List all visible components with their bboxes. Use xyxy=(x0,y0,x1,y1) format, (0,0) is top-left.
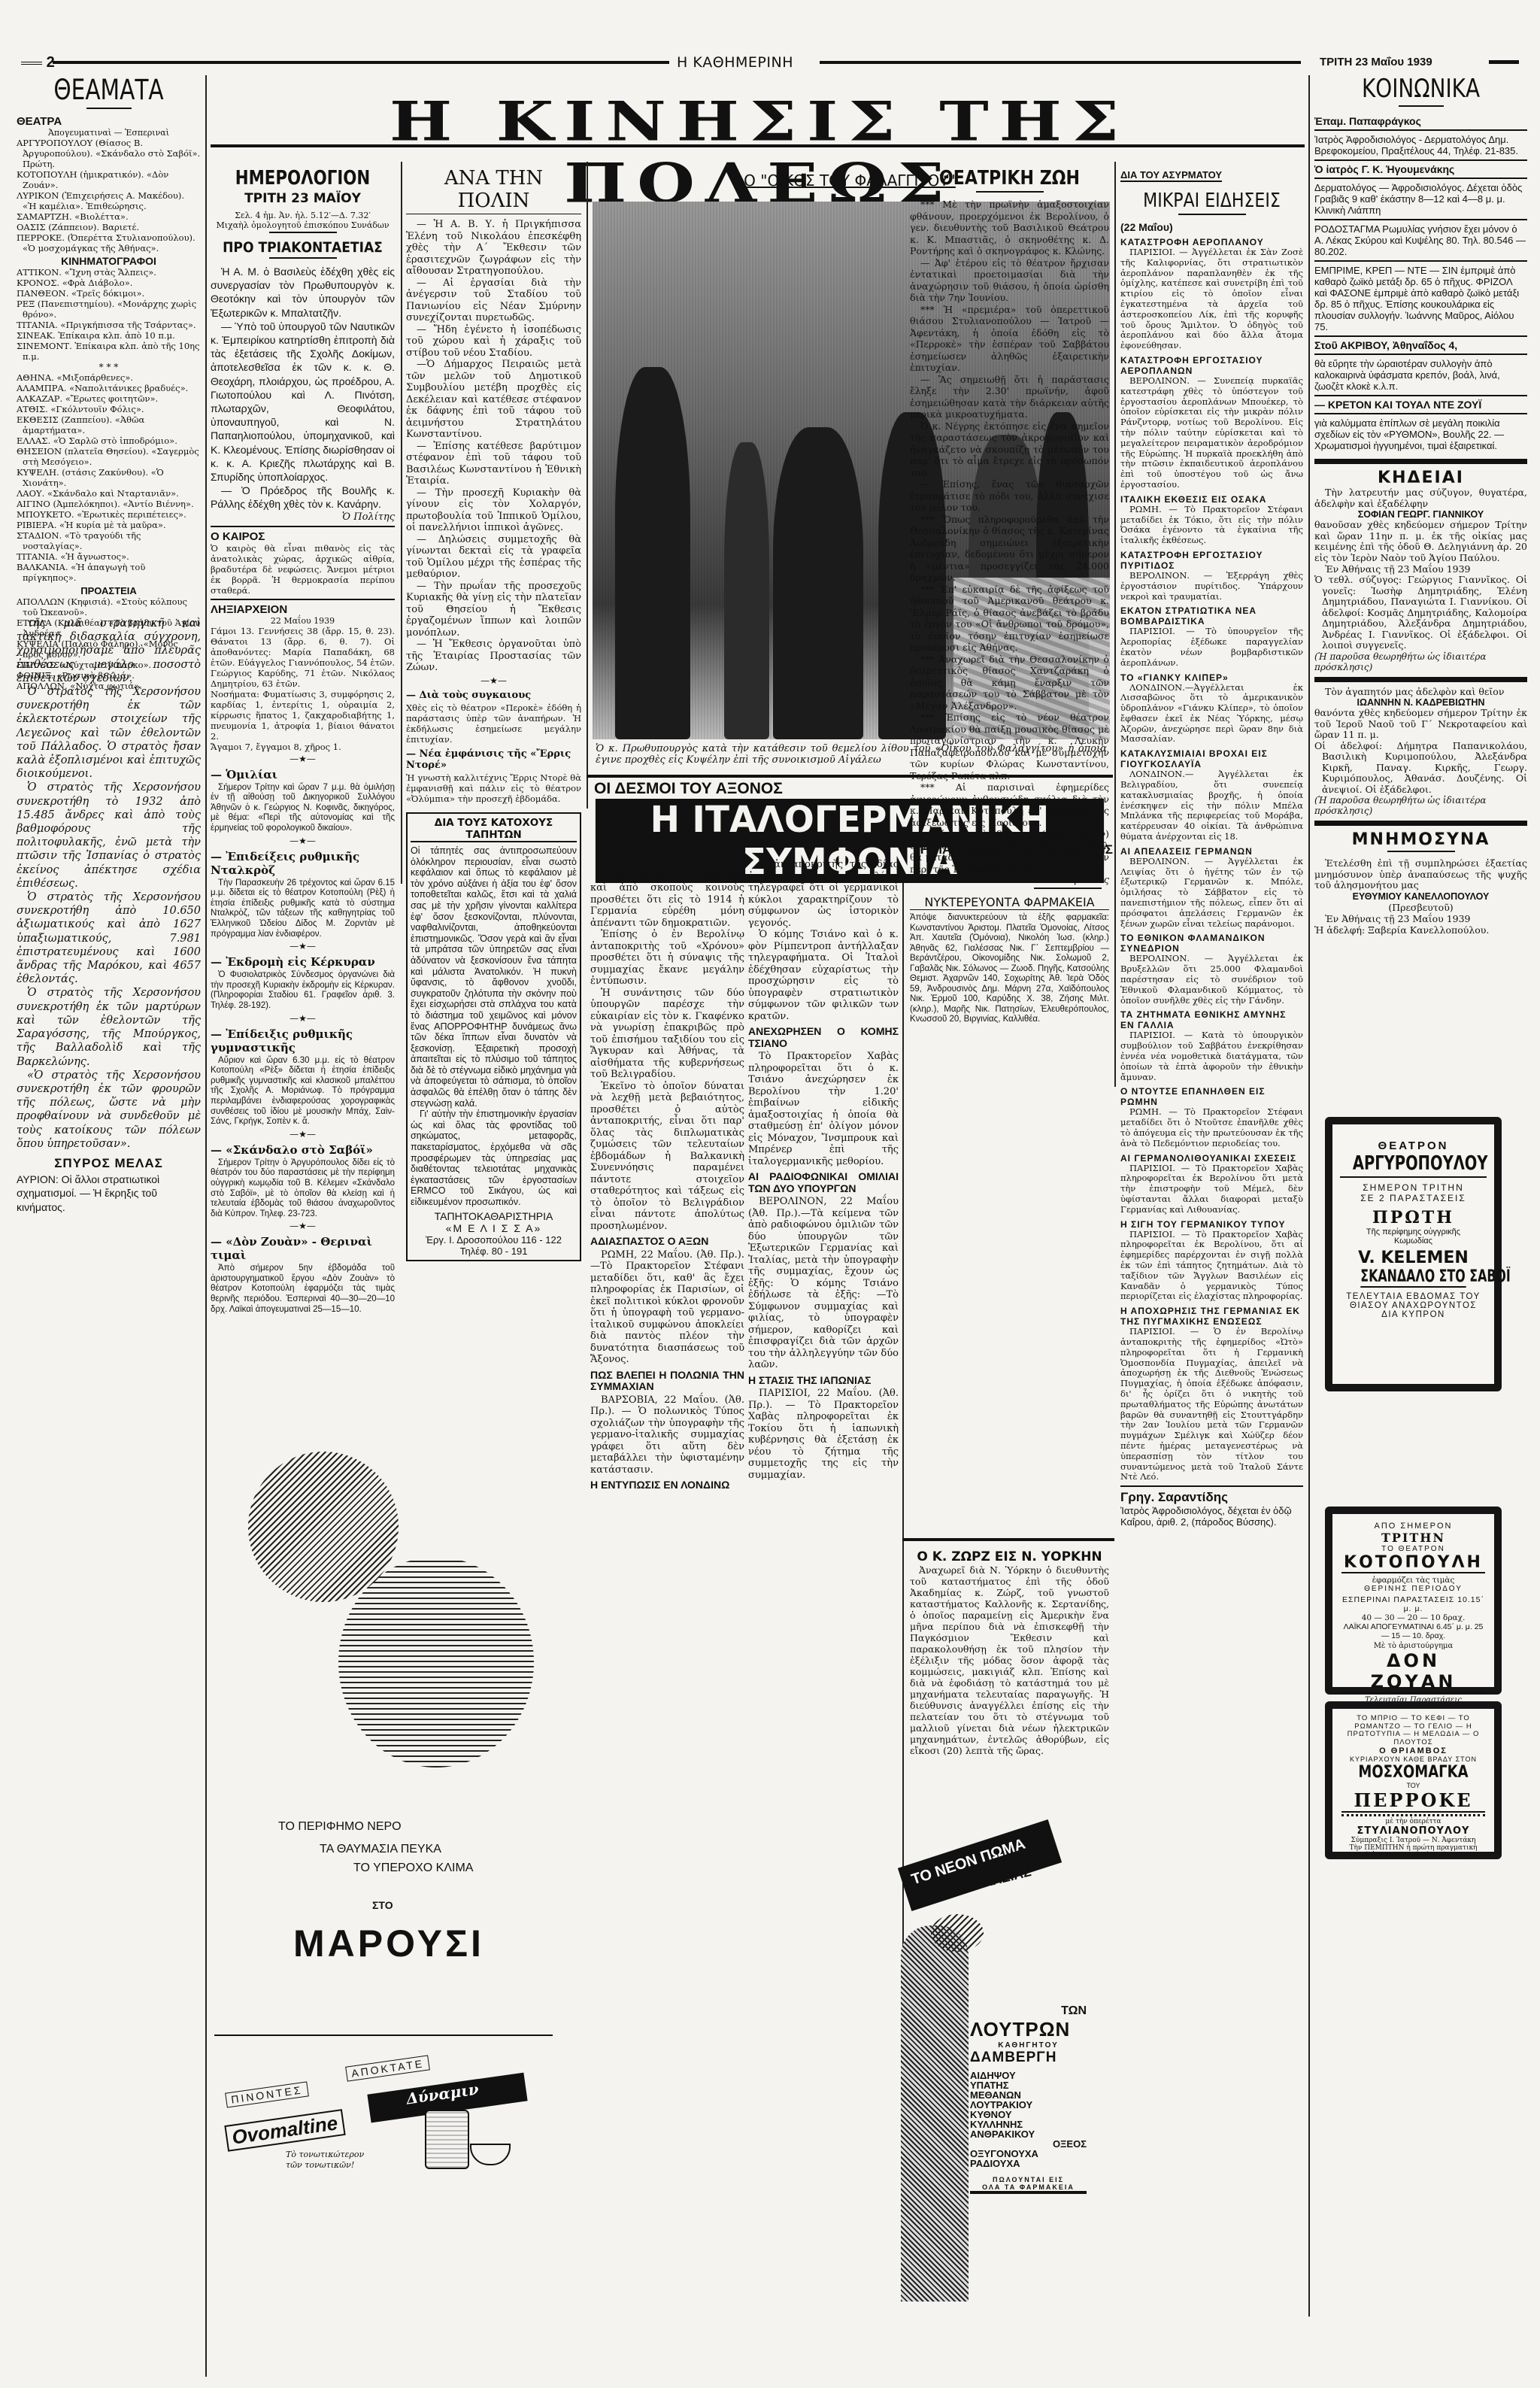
social-title: ΚΟΙΝΩΝΙΚΑ xyxy=(1333,74,1508,104)
classified-text: θὰ εὕρητε τὴν ὡραιοτέραν συλλογὴν ἀπὸ κα… xyxy=(1314,355,1527,396)
article-paragraph: *** Μὲ τὴν πρωϊνὴν ἁμαξοστοιχίαν φθάνουν… xyxy=(910,199,1109,257)
classified-name: Ὁ ἰατρὸς Γ. Κ. Ἡγουμενάκης xyxy=(1314,161,1527,179)
classified-name: — ΚΡΕΤΟΝ ΚΑΙ ΤΟΥΑΛ ΝΤΕ ΖΟΥΪ xyxy=(1314,396,1527,414)
deceased-name: ΙΩΑΝΝΗΝ Ν. ΚΑΔΡΕΒΙΩΤΗΝ xyxy=(1314,697,1527,708)
short-news-column: ΔΙΑ ΤΟΥ ΑΣΥΡΜΑΤΟΥ ΜΙΚΡΑΙ ΕΙΔΗΣΕΙΣ (22 Μα… xyxy=(1120,167,1303,1528)
theatres-list: ΑΡΓΥΡΟΠΟΥΛΟΥ (Θίασος Β. Ἀργυροπούλου). «… xyxy=(17,138,201,253)
news-item-headline: ΚΑΤΑΣΤΡΟΦΗ ΕΡΓΟΣΤΑΣΙΟΥ ΑΕΡΟΠΛΑΝΩΝ xyxy=(1120,355,1303,376)
classified-text: Δερματολόγος — Ἀφροδισιολόγος. Δέχεται ὁ… xyxy=(1314,179,1527,220)
social-column: ΚΟΙΝΩΝΙΚΑ Ἐπαμ. ΠαπαφράγκοςἸατρὸς Ἀφροδι… xyxy=(1314,74,1527,936)
funeral-text: θανοῦσαν χθὲς κηδεύομεν σήμερον Τρίτην κ… xyxy=(1314,520,1527,563)
calendar-headline: ΠΡΟ ΤΡΙΑΚΟΝΤΑΕΤΙΑΣ xyxy=(220,239,386,256)
listing-item: ΑΤΘΙΣ. «Γκόλντουϊν Φόλις». xyxy=(17,404,201,414)
left-article: τῆς μιᾶ στρατηγικῆ καὶ τακτικῆ διδασκαλί… xyxy=(17,617,201,1214)
article-paragraph: Ἐπίσης ὁ ἐν Βερολίνῳ ἀνταποκριτὴς τοῦ «Χ… xyxy=(590,929,744,988)
news-item-text: ΠΑΡΙΣΙΟΙ. — Κατὰ τὸ ὑπουργικὸν συμβούλιο… xyxy=(1120,1030,1303,1082)
ana-polin-title: ΑΝΑ ΤΗΝ ΠΟΛΙΝ xyxy=(406,167,581,214)
article-paragraph: *** Ἐπ' εὐκαιρίᾳ δὲ τῆς ἀφίξεως τοῦ ἠθοπ… xyxy=(910,584,1109,654)
event-text: Ἀπὸ σήμερον 5ην ἑβδομάδα τοῦ ἀριστουργημ… xyxy=(211,1264,395,1315)
news-item-text: ΒΕΡΟΛΙΝΟΝ. — Ἀγγέλλεται ἐκ Βρυξελλῶν ὅτι… xyxy=(1120,954,1303,1006)
listing-item: ΑΛΚΑΖΑΡ. «Ἔρωτες φοιτητῶν». xyxy=(17,393,201,404)
listing-item: ΣΙΝΕΜΟΝΤ. Ἐπίκαιρα κλπ. ἀπὸ τῆς 10ης π.μ… xyxy=(17,341,201,362)
article-paragraph: *** Ἐπίσης εἰς τὸ νέον θέατρον Λουτρακίο… xyxy=(910,712,1109,781)
listing-item: ΡΕΞ (Πανεπιστημίου). «Μονάρχης χωρὶς θρό… xyxy=(17,299,201,320)
listing-item: ΑΙΓΙΝΟ (Ἀμπελόκηποι). «Ἀντίο Βιέννη». xyxy=(17,499,201,509)
marousi-ad: ΤΟ ΠΕΡΙΦΗΜΟ ΝΕΡΟ ΤΑ ΘΑΥΜΑΣΙΑ ΠΕΥΚΑ ΤΟ ΥΠ… xyxy=(218,1391,549,2046)
new-york-article: Ο Κ. ΖΩΡΖ ΕΙΣ Ν. ΥΟΡΚΗΝ Ἀναχωρεῖ διὰ Ν. … xyxy=(910,1549,1109,1756)
listing-item: ΒΑΛΚΑΝΙΑ. «Ἡ ἀπαγωγὴ τοῦ πρίγκηπος». xyxy=(17,562,201,583)
cinemas-list: ΑΤΤΙΚΟΝ. «Ἴχνη στὰς Ἄλπεις».ΚΡΟΝΟΣ. «Φρὰ… xyxy=(17,267,201,362)
invitation-note: (Ἡ παροῦσα θεωρηθήτω ὡς ἰδιαιτέρα πρόσκλ… xyxy=(1314,651,1527,672)
news-item-headline: ΚΑΤΑΚΛΥΣΜΙΑΙΑΙ ΒΡΟΧΑΙ ΕΙΣ ΓΙΟΥΓΚΟΣΛΑΥΪΑ xyxy=(1120,748,1303,769)
news-item-headline: ΤΟ ΕΘΝΙΚΟΝ ΦΛΑΜΑΝΔΙΚΟΝ ΣΥΝΕΔΡΙΟΝ xyxy=(1120,933,1303,954)
news-item-headline: Ο ΝΤΟΥΤΣΕ ΕΠΑΝΗΛΘΕΝ ΕΙΣ ΡΩΜΗΝ xyxy=(1120,1086,1303,1107)
listing-item: ΛΑΟΥ. «Σκάνδαλο καὶ Νταρτανιᾶν». xyxy=(17,488,201,499)
news-item-text: ΠΑΡΙΣΙΟΙ. — Τὸ Πρακτορεῖον Χαβὰς πληροφο… xyxy=(1120,1230,1303,1303)
article-paragraph: Ἡ Α. Μ. ὁ Βασιλεὺς ἐδέχθη χθὲς εἰς συνερ… xyxy=(211,265,395,320)
news-item-text: ΒΕΡΟΛΙΝΟΝ. — Ἀγγέλλεται ἐκ Λειψίας ὅτι ὁ… xyxy=(1120,857,1303,930)
article-paragraph: — Αἱ ἐργασίαι διὰ τὴν ἀνέγερσιν τοῦ Σταδ… xyxy=(406,278,581,324)
event-title: — Ἐκδρομὴ εἰς Κέρκυραν xyxy=(211,955,395,969)
event-title: — Ὁμιλίαι xyxy=(211,768,395,781)
axis-kicker: ΟΙ ΔΕΣΜΟΙ ΤΟΥ ΑΞΟΝΟΣ xyxy=(594,780,895,798)
kotopouli-theatre-ad: ΑΠΟ ΣΗΜΕΡΟΝ ΤΡΙΤΗΝ ΤΟ ΘΕΑΤΡΟΝ ΚΟΤΟΠΟΥΛΗ … xyxy=(1325,1507,1502,1695)
event-title: — Ἐπίδειξις ρυθμικῆς γυμναστικῆς xyxy=(211,1027,395,1054)
listing-item: ΟΑΣΙΣ (Ζάππειον). Βαριετέ. xyxy=(17,222,201,232)
separator: —★— xyxy=(211,1129,395,1139)
pharmacy-title: ΝΥΚΤΕΡΕΥΟΝΤΑ ΦΑΡΜΑΚΕΙΑ xyxy=(910,895,1109,910)
theamata-column: ΘΕΑΜΑΤΑ ΘΕΑΤΡΑ Ἀπογευματιναὶ — Ἑσπεριναὶ… xyxy=(17,74,201,691)
funeral-intro: Τὴν λατρευτήν μας σύζυγον, θυγατέρα, ἀδε… xyxy=(1314,487,1527,509)
news-item-headline: ΑΙ ΑΠΕΛΑΣΕΙΣ ΓΕΡΜΑΝΩΝ xyxy=(1120,846,1303,857)
classified-name: Ἐπαμ. Παπαφράγκος xyxy=(1314,113,1527,131)
separator: —★— xyxy=(211,1013,395,1024)
article-paragraph: Ἡ ἄγνωστον τοῦ Σαβαγκῶ καὶ ἀπὸ σκοποὺς κ… xyxy=(590,871,744,930)
article-paragraph: — Ὁ Πρόεδρος τῆς Βουλῆς κ. Ράλλης ἐδέχθη… xyxy=(211,484,395,511)
listing-item: ΛΥΡΙΚΟΝ (Ἐπιχειρήσεις Α. Μακέδου). «Ἡ κα… xyxy=(17,190,201,211)
news-item-text: ΛΟΝΔΙΝΟΝ.— Ἀγγέλλεται ἐκ Βελιγραδίου, ὅτ… xyxy=(1120,769,1303,842)
article-paragraph: — Ὑπὸ τοῦ ὑπουργοῦ τῶν Ναυτικῶν κ. Ἐμπει… xyxy=(211,320,395,484)
divider xyxy=(1314,677,1527,682)
events-list: — ὉμιλίαιΣήμερον Τρίτην καὶ ὥραν 7 μ.μ. … xyxy=(211,768,395,1315)
event-title: — Ἐπιδείξεις ρυθμικῆς Νταλκρὸζ xyxy=(211,850,395,877)
article-paragraph: — Τὴν πρωΐαν τῆς προσεχοῦς Κυριακῆς θὰ γ… xyxy=(406,581,581,639)
listing-item: ΘΗΣΕΙΟΝ (πλατεῖα Θησείου). «Σαγερμὸς στὴ… xyxy=(17,446,201,467)
news-item-headline: ΤΟ «ΓΙΑΝΚΥ ΚΛΙΠΕΡ» xyxy=(1120,672,1303,683)
separator: —★— xyxy=(211,836,395,846)
separator: —★— xyxy=(211,1221,395,1231)
news-item-headline: ΚΑΤΑΣΤΡΟΦΗ ΑΕΡΟΠΛΑΝΟΥ xyxy=(1120,237,1303,247)
ovomaltine-ad: ΠΙΝΟΝΤΕΣ ΑΠΟΚΤΑΤΕ Δύναμιν Ovomaltine Τὸ … xyxy=(226,2046,541,2174)
theatres-heading: ΘΕΑΤΡΑ xyxy=(17,115,201,128)
argyropoulou-theatre-ad: ΘΕΑΤΡΟΝ ΑΡΓΥΡΟΠΟΥΛΟΥ ΣΗΜΕΡΟΝ ΤΡΙΤΗΝ ΣΕ 2… xyxy=(1325,1117,1502,1391)
next-article-teaser: ΑΥΡΙΟΝ: Οἱ ἄλλοι στρατιωτικοὶ σχηματισμο… xyxy=(17,1173,201,1214)
invitation-note: (Ἡ παροῦσα θεωρηθήτω ὡς ἰδιαιτέρα πρόσκλ… xyxy=(1314,795,1527,816)
article-paragraph: Ἡ συνάντησις τῶν δύο ὑπουργῶν παρέσχε τὴ… xyxy=(590,988,744,1081)
ovomaltine-wordmark: Ovomaltine xyxy=(224,2109,345,2152)
listing-item: ΤΙΤΑΝΙΑ. «Πριγκήπισσα τῆς Τσάρντας». xyxy=(17,320,201,330)
news-item-headline: Η ΑΠΟΧΩΡΗΣΙΣ ΤΗΣ ΓΕΡΜΑΝΙΑΣ ΕΚ ΤΗΣ ΠΥΓΜΑΧ… xyxy=(1120,1306,1303,1327)
news-item-headline: ΚΑΤΑΣΤΡΟΦΗ ΕΡΓΟΣΤΑΣΙΟΥ ΠΥΡΙΤΙΔΟΣ xyxy=(1120,550,1303,571)
article-paragraph: — Δηλώσεις συμμετοχῆς θὰ γίνωνται δεκταὶ… xyxy=(406,534,581,581)
article-paragraph: — Ἡ Ἔκθεσις ὀργανοῦται ὑπὸ τῆς Ἑταιρίας … xyxy=(406,639,581,674)
short-news-title: ΜΙΚΡΑΙ ΕΙΔΗΣΕΙΣ xyxy=(1134,190,1290,212)
classified-text: ΡΟΔΟΣΤΑΓΜΑ Ρωμυλίας γνήσιον ἔχει μόνον ὁ… xyxy=(1314,220,1527,262)
article-paragraph: Ὁ κ. Νέγρης ἐκτόπησε εἰς ἕνα σημεῖον τῆς… xyxy=(910,420,1109,479)
listing-item: ΜΠΟΥΚΕΤΟ. «Ἐρωτικὲς περιπέτειες». xyxy=(17,509,201,520)
event-title: — «Δὸν Ζουὰν» - Θεριναὶ τιμαὶ xyxy=(211,1235,395,1262)
article-paragraph: — Ἀφ' ἑτέρου εἰς τὸ θέατρον ἤρχισαν ἐντα… xyxy=(910,257,1109,304)
theamata-title: ΘΕΑΜΑΤΑ xyxy=(35,74,183,106)
family-list: Ὁ τεθλ. σύζυγος: Γεώργιος Γιαννῖκος. Οἱ … xyxy=(1314,575,1527,651)
article-paragraph: τῆς μιᾶ στρατηγικῆ καὶ τακτικῆ διδασκαλί… xyxy=(17,617,201,685)
listing-item: ΕΚΘΕΣΙΣ (Ζαππείου). «Ἀθῶα ἁμαρτήματα». xyxy=(17,414,201,435)
listing-item: ΡΙΒΙΕΡΑ. «Ἡ κυρία μὲ τὰ μαῦρα». xyxy=(17,520,201,530)
classifieds-list: Ἐπαμ. ΠαπαφράγκοςἸατρὸς Ἀφροδισιολόγος -… xyxy=(1314,113,1527,454)
news-item-text: ΠΑΡΙΣΙΟΙ. — Ὁ ἐν Βερολίνῳ ἀνταποκριτὴς τ… xyxy=(1120,1327,1303,1482)
listing-item: ΣΤΑΔΙΟΝ. «Τὸ τραγούδι τῆς νοσταλγίας». xyxy=(17,530,201,551)
listing-item: ΑΘΗΝΑ. «Μιξοπάρθενες». xyxy=(17,372,201,383)
event-text: Τὴν Παρασκευὴν 26 τρέχοντος καὶ ὥραν 6.1… xyxy=(211,878,395,940)
listing-item: ΚΟΤΟΠΟΥΛΗ (ἡμικρατικόν). «Δὸν Ζουάν». xyxy=(17,169,201,190)
listing-item: ΑΛΑΜΠΡΑ. «Ναπολιτάνικες βραδυές». xyxy=(17,383,201,393)
article-paragraph: *** Ὅπως πληροφορούμεθα ἀπὸ τὴν Θεσσαλον… xyxy=(910,514,1109,584)
article-paragraph: — Ἡ Α. Β. Υ. ἡ Πριγκήπισσα Ἑλένη τοῦ Νικ… xyxy=(406,219,581,278)
article-paragraph: *** Ἀναχωρεῖ διὰ τὴν Θεσσαλονίκην ὁ ὀπερ… xyxy=(910,654,1109,712)
article-paragraph: — Ἐπίσης κατέθεσε βαρύτιμον στέφανον ἐπὶ… xyxy=(406,441,581,487)
article-paragraph: «Ὁ στρατὸς τῆς Χερσονήσου συνεκροτήθη ἐκ… xyxy=(17,1069,201,1151)
article-paragraph: — Τὴν προσεχῆ Κυριακὴν θὰ γίνουν εἰς τὸν… xyxy=(406,487,581,534)
bath-location: ΡΑΔΙΟΥΧΑ xyxy=(970,2159,1087,2168)
perroke-theatre-ad: ΤΟ ΜΠΡΙΟ — ΤΟ ΚΕΦΙ — ΤΟ ΡΩΜΑΝΤΖΟ — ΤΟ ΓΕ… xyxy=(1325,1701,1502,1859)
article-paragraph: Ὁ στρατὸς τῆς Χερσονήσου συνεκροτήθη ἀπὸ… xyxy=(17,891,201,986)
page-header: 2 Η ΚΑΘΗΜΕΡΙΝΗ ΤΡΙΤΗ 23 Μαΐου 1939 xyxy=(15,54,1526,71)
weather-title: Ο ΚΑΙΡΟΣ xyxy=(211,530,395,543)
carpet-cleaning-ad: ΔΙΑ ΤΟΥΣ ΚΑΤΟΧΟΥΣ ΤΑΠΗΤΩΝ Οἱ τάπητές σας… xyxy=(406,812,581,1261)
listing-item: ΣΑΜΑΡΤΖΗ. «Βιολέττα». xyxy=(17,211,201,222)
issue-date: ΤΡΙΤΗ 23 Μαΐου 1939 xyxy=(1320,56,1432,68)
listing-item: ΣΙΝΕΑΚ. Ἐπίκαιρα κλπ. ἀπὸ 10 π.μ. xyxy=(17,330,201,341)
summer-cinemas-list: ΑΘΗΝΑ. «Μιξοπάρθενες».ΑΛΑΜΠΡΑ. «Ναπολιτά… xyxy=(17,372,201,583)
listing-item: ΑΡΓΥΡΟΠΟΥΛΟΥ (Θίασος Β. Ἀργυροπούλου). «… xyxy=(17,138,201,169)
article-author: ΣΠΥΡΟΣ ΜΕΛΑΣ xyxy=(17,1157,201,1170)
axis-col2: Ὁ ἀνταποκριτὴς τῆς ἰδίας ἐφημερίδος ἐν Β… xyxy=(748,859,899,1481)
article-paragraph: Ὁ ἀνταποκριτὴς τῆς ἰδίας ἐφημερίδος ἐν Β… xyxy=(748,859,899,929)
separator: —★— xyxy=(211,941,395,951)
article-paragraph: — Ἤδη ἐγένετο ἡ ἰσοπέδωσις τοῦ χώρου καὶ… xyxy=(406,324,581,360)
funerals-title: ΚΗΔΕΙΑΙ xyxy=(1314,469,1527,487)
news-item-text: ΒΕΡΟΛΙΝΟΝ. — Ἐξερράγη χθὲς ἐργοστάσιον π… xyxy=(1120,571,1303,602)
classified-text: ΕΜΠΡΙΜΕ, ΚΡΕΠ — ΝΤΕ — ΣΙΝ ἐμπριμὲ ἀπὸ κα… xyxy=(1314,262,1527,337)
news-item-text: ΡΩΜΗ. — Τὸ Πρακτορεῖον Στέφανι μεταδίδει… xyxy=(1120,505,1303,546)
ana-polin-column: ΑΝΑ ΤΗΝ ΠΟΛΙΝ — Ἡ Α. Β. Υ. ἡ Πριγκήπισσα… xyxy=(406,167,581,804)
listing-item: ΑΠΟΛΛΩΝ (Κηφισιά). «Στοὺς κόλπους τοῦ Ὠκ… xyxy=(17,596,201,617)
listing-item: ΠΑΝΘΕΟΝ. «Τρεῖς δόκιμοι». xyxy=(17,288,201,299)
news-item-text: ΠΑΡΙΣΙΟΙ. — Τὸ Πρακτορεῖον Χαβὰς πληροφο… xyxy=(1120,1164,1303,1215)
calendar-column: ΗΜΕΡΟΛΟΓΙΟΝ ΤΡΙΤΗ 23 ΜΑΪΟΥ Σελ. 4 ἡμ. Ἀν… xyxy=(211,167,395,1315)
news-item-text: ΠΑΡΙΣΙΟΙ. — Ἀγγέλλεται ἐκ Σὰν Ζοσὲ τῆς Κ… xyxy=(1120,247,1303,351)
classified-name: Στοῦ ΑΚΡΙΒΟΥ, Ἀθηναΐδος 4, xyxy=(1314,337,1527,355)
article-paragraph: *** Ἡ «πρεμιέρα» τοῦ ὀπερεττικοῦ θιάσου … xyxy=(910,304,1109,374)
news-item-headline: ΙΤΑΛΙΚΗ ΕΚΘΕΣΙΣ ΕΙΣ ΟΣΑΚΑ xyxy=(1120,494,1303,505)
article-paragraph: —Ὁ Δήμαρχος Πειραιῶς μετὰ τῶν μελῶν τοῦ … xyxy=(406,359,581,441)
event-text: Ὁ Φυσιολατρικὸς Σύνδεσμος ὀργανώνει διὰ … xyxy=(211,970,395,1011)
article-paragraph: Ὁ στρατὸς τῆς Χερσονήσου συνεκροτήθη ἐκ … xyxy=(17,986,201,1068)
article-paragraph: Ὁ κόμης Τσιάνο καὶ ὁ κ. φὸν Ρίμπεντροπ ἀ… xyxy=(748,929,899,1022)
deceased-name: ΣΟΦΙΑΝ ΓΕΩΡΓ. ΓΙΑΝΝΙΚΟΥ xyxy=(1314,509,1527,520)
baths-ad-text: ΤΩΝ ΛΟΥΤΡΩΝ ΚΑΘΗΓΗΤΟΥ ΔΑΜΒΕΡΓΗ ΑΙΔΗΨΟΥΥΠ… xyxy=(970,2004,1087,2194)
news-item-text: ΠΑΡΙΣΙΟΙ. — Τὸ ὑπουργεῖον τῆς Ἀεροπορίας… xyxy=(1120,627,1303,668)
doctor-ad-name: Γρηγ. Σαραντίδης xyxy=(1120,1490,1303,1505)
classified-text: γιὰ καλύμματα ἐπίπλων σὲ μεγάλη ποικιλία… xyxy=(1314,414,1527,454)
memorials-title: ΜΝΗΜΟΣΥΝΑ xyxy=(1314,830,1527,849)
calendar-title: ΗΜΕΡΟΛΟΓΙΟΝ xyxy=(227,167,378,190)
event-text: Σήμερον Τρίτην ὁ Ἀργυρόπουλος δίδει εἰς … xyxy=(211,1158,395,1220)
axis-col1: ΣΥΝΕΧΕΙΑ ΕΚ ΤΗΣ Α΄ ΣΕΛΙΔΟΣἩ ἄγνωστον τοῦ… xyxy=(590,859,744,1493)
article-paragraph: *** Αἱ παρισιναὶ ἐφημερίδες ἀφιερώνουν ἐ… xyxy=(910,781,1109,828)
event-text: Αὔριον καὶ ὥραν 6.30 μ.μ. εἰς τὸ θέατρον… xyxy=(211,1056,395,1127)
registry-title: ΛΗΞΙΑΡΧΕΙΟΝ xyxy=(211,603,395,616)
marousi-wordmark: ΜΑΡΟΥΣΙ xyxy=(293,1922,484,1965)
funerals-list: Τὴν λατρευτήν μας σύζυγον, θυγατέρα, ἀδε… xyxy=(1314,487,1527,816)
listing-item: ΚΥΨΕΛΗ. (στάσις Ζακύνθου). «Ὁ Χιονάτη». xyxy=(17,467,201,488)
news-item-text: ΡΩΜΗ. — Τὸ Πρακτορεῖον Στέφανι μεταδίδει… xyxy=(1120,1107,1303,1148)
event-text: Σήμερον Τρίτην καὶ ὥραν 7 μ.μ. θὰ ὁμιλήσ… xyxy=(211,783,395,834)
news-item-text: ΒΕΡΟΛΙΝΟΝ. — Συνεπείᾳ πυρκαϊᾶς κατεστράφ… xyxy=(1120,376,1303,490)
article-paragraph: — Σήμερον τὴν 9ην π. μ. (ὥρα Ἀθηνῶν) ὁ ρ… xyxy=(910,828,1109,875)
article-paragraph: Ἐκεῖνο τὸ ὁποῖον δύναται νὰ λεχθῇ μετὰ β… xyxy=(590,1081,744,1233)
news-item-headline: ΤΑ ΖΗΤΗΜΑΤΑ ΕΘΝΙΚΗΣ ΑΜΥΝΗΣ ΕΝ ΓΑΛΛΙΑ xyxy=(1120,1009,1303,1030)
event-title: — «Σκάνδαλο στὸ Σαβόϊ» xyxy=(211,1143,395,1157)
listing-item: ΚΡΟΝΟΣ. «Φρὰ Διάβολο». xyxy=(17,278,201,288)
theatre-life-column: ΘΕΑΤΡΙΚΗ ΖΩΗ *** Μὲ τὴν πρωϊνὴν ἁμαξοστο… xyxy=(910,167,1109,1025)
article-paragraph: ΣΥΝΕΧΕΙΑ ΕΚ ΤΗΣ Α΄ ΣΕΛΙΔΟΣ xyxy=(590,859,744,871)
news-item-headline: ΕΚΑΤΟΝ ΣΤΡΑΤΙΩΤΙΚΑ ΝΕΑ ΒΟΜΒΑΡΔΙΣΤΙΚΑ xyxy=(1120,605,1303,627)
family-list: Οἱ ἀδελφοί: Δήμητρα Παπανικολάου, Βασιλι… xyxy=(1314,741,1527,796)
article-paragraph: — Ἐπίσης, ἕνας τῶν θιασαρχῶν ἐτραυμάτισε… xyxy=(910,478,1109,514)
funeral-intro: Τὸν ἀγαπητόν μας ἀδελφὸν καὶ θεῖον xyxy=(1314,687,1527,698)
news-item-headline: Η ΣΙΓΗ ΤΟΥ ΓΕΡΜΑΝΙΚΟΥ ΤΥΠΟΥ xyxy=(1120,1219,1303,1230)
article-paragraph: Ὁ στρατὸς τῆς Χερσονήσου συνεκροτήθη ἐκ … xyxy=(17,685,201,781)
listing-item: ΤΙΤΑΝΙΑ. «Ἡ ἄγνωστος». xyxy=(17,551,201,562)
listing-item: ΕΛΛΑΣ. «Ὁ Σαρλῶ στὸ ἱπποδρόμιο». xyxy=(17,435,201,446)
article-paragraph: Ὁ στρατὸς τῆς Χερσονήσου συνεκροτήθη τὸ … xyxy=(17,781,201,891)
cinemas-heading: ΚΙΝΗΜΑΤΟΓΡΑΦΟΙ xyxy=(17,255,201,267)
funeral-text: θανόντα χθὲς κηδεύομεν σήμερον Τρίτην ἐκ… xyxy=(1314,708,1527,741)
funeral-date: Ἐν Ἀθήναις τῇ 23 Μαΐου 1939 xyxy=(1314,563,1527,575)
news-item-headline: ΑΙ ΓΕΡΜΑΝΟΛΙΘΟΥΑΝΙΚΑΙ ΣΧΕΣΕΙΣ xyxy=(1120,1153,1303,1164)
listing-item: ΠΕΡΡΟΚΕ. (Ὀπερέττα Στυλιανοπούλου). «Ὁ μ… xyxy=(17,232,201,253)
news-item-text: ΛΟΝΔΙΝΟΝ.—Ἀγγέλλεται ἐκ Λισσαβῶνος ὅτι τ… xyxy=(1120,683,1303,745)
article-paragraph: — Ἂς σημειωθῇ ὅτι ἡ παράστασις ἔληξε τὴν… xyxy=(910,374,1109,420)
listing-item: ΑΤΤΙΚΟΝ. «Ἴχνη στὰς Ἄλπεις». xyxy=(17,267,201,278)
classified-text: Ἰατρὸς Ἀφροδισιολόγος - Δερματολόγος Δημ… xyxy=(1314,131,1527,161)
newspaper-name: Η ΚΑΘΗΜΕΡΙΝΗ xyxy=(677,54,793,71)
